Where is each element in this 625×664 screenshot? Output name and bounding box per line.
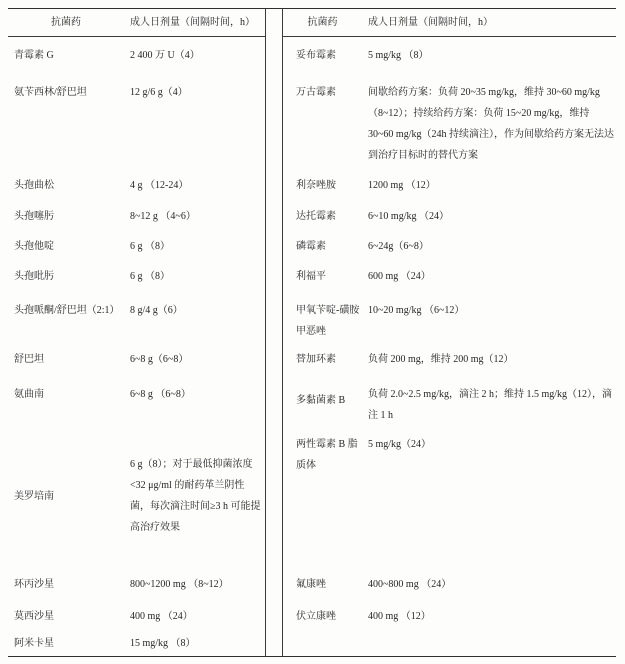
drug-name-cell: 妥布霉素: [283, 37, 366, 73]
drug-name-cell: 利福平: [283, 261, 366, 291]
drug-name: 氨曲南: [14, 384, 44, 405]
drug-name: 达托霉素: [296, 206, 336, 227]
table-middle-divider: [265, 9, 283, 656]
drug-name-cell: 利奈唑胺: [283, 169, 366, 201]
dose-cell: 6~10 mg/kg （24）: [366, 201, 616, 231]
dose-value: 6~10 mg/kg （24）: [368, 206, 449, 227]
drug-name-cell: 氟康唑: [283, 567, 366, 601]
drug-name: 头孢他啶: [14, 236, 54, 257]
drug-name: 青霉素 G: [14, 45, 54, 66]
dose-value: 6 g （8）: [130, 236, 170, 257]
drug-name-cell: 多黏菌素 B: [283, 375, 366, 425]
dose-cell: 6 g （8）: [128, 261, 265, 291]
drug-name: 头孢噻肟: [14, 206, 54, 227]
dose-value: 1200 mg （12）: [368, 175, 436, 196]
dose-cell: 15 mg/kg （8）: [128, 631, 265, 656]
drug-name-cell: 青霉素 G: [8, 37, 128, 73]
dose-value: 6~24g（6~8）: [368, 236, 429, 257]
drug-name-cell: 环丙沙星: [8, 567, 128, 601]
dose-cell: 10~20 mg/kg （6~12）: [366, 291, 616, 343]
dose-cell: 6 g（8）；对于最低抑菌浓度 <32 μg/ml 的耐药革兰阴性菌，每次滴注时…: [128, 425, 265, 567]
header-dose-right-label: 成人日剂量（间隔时间，h）: [368, 12, 493, 33]
dose-cell: 间歇给药方案：负荷 20~35 mg/kg，维持 30~60 mg/kg（8~1…: [366, 73, 616, 169]
dose-value: 400~800 mg （24）: [368, 574, 451, 595]
drug-name: 阿米卡星: [14, 633, 54, 654]
drug-name: 妥布霉素: [296, 45, 336, 66]
drug-name: 磷霉素: [296, 236, 326, 257]
dose-cell: 负荷 2.0~2.5 mg/kg，滴注 2 h；维持 1.5 mg/kg（12）…: [366, 375, 616, 425]
drug-name-cell: 阿米卡星: [8, 631, 128, 656]
drug-name: 伏立康唑: [296, 606, 336, 627]
dose-value: 6~8 g（6~8）: [130, 349, 188, 370]
dose-value: 12 g/6 g（4）: [130, 82, 188, 103]
dose-cell: 400~800 mg （24）: [366, 567, 616, 601]
dose-cell: 8 g/4 g（6）: [128, 291, 265, 343]
header-dose-right: 成人日剂量（间隔时间，h）: [366, 9, 616, 37]
dose-cell: 400 mg （12）: [366, 601, 616, 631]
drug-name-cell: 头孢哌酮/舒巴坦（2:1）: [8, 291, 128, 343]
dose-value: 5 mg/kg（24）: [368, 434, 431, 455]
drug-name-cell: 莫西沙星: [8, 601, 128, 631]
drug-name-cell: 甲氧苄啶-磺胺甲恶唑: [283, 291, 366, 343]
dose-value: 10~20 mg/kg （6~12）: [368, 300, 464, 321]
drug-name: 环丙沙星: [14, 574, 54, 595]
dose-cell: 6 g （8）: [128, 231, 265, 261]
drug-name-cell: 氨苄西林/舒巴坦: [8, 73, 128, 169]
antibiotic-dosage-table: 抗菌药 成人日剂量（间隔时间，h） 抗菌药 成人日剂量（间隔时间，h） 青霉素 …: [8, 8, 616, 657]
dose-value: 15 mg/kg （8）: [130, 633, 196, 654]
dose-cell: 负荷 200 mg，维持 200 mg（12）: [366, 343, 616, 375]
dose-cell: 800~1200 mg （8~12）: [128, 567, 265, 601]
dose-cell: 4 g （12-24）: [128, 169, 265, 201]
dose-value: 6 g （8）: [130, 266, 170, 287]
header-drug-left: 抗菌药: [8, 9, 128, 37]
drug-name-cell: 舒巴坦: [8, 343, 128, 375]
dose-cell: 5 mg/kg（24）: [366, 425, 616, 567]
drug-name-cell: 美罗培南: [8, 425, 128, 567]
dose-cell: 1200 mg （12）: [366, 169, 616, 201]
drug-name-cell: 头孢噻肟: [8, 201, 128, 231]
dose-value: 负荷 2.0~2.5 mg/kg，滴注 2 h；维持 1.5 mg/kg（12）…: [368, 384, 614, 425]
drug-name-cell: 头孢吡肟: [8, 261, 128, 291]
drug-name: 利福平: [296, 266, 326, 287]
dose-cell: 600 mg （24）: [366, 261, 616, 291]
dose-cell: 6~8 g（6~8）: [128, 343, 265, 375]
header-drug-left-label: 抗菌药: [51, 12, 81, 33]
drug-name-cell: 氨曲南: [8, 375, 128, 425]
header-dose-left: 成人日剂量（间隔时间，h）: [128, 9, 265, 37]
dose-value: 800~1200 mg （8~12）: [130, 574, 229, 595]
dose-value: 5 mg/kg （8）: [368, 45, 429, 66]
drug-name-cell: 伏立康唑: [283, 601, 366, 631]
dose-value: 400 mg （24）: [130, 606, 193, 627]
drug-name: 甲氧苄啶-磺胺甲恶唑: [296, 300, 362, 342]
drug-name: 舒巴坦: [14, 349, 44, 370]
drug-name: 氨苄西林/舒巴坦: [14, 82, 87, 103]
dose-value: 间歇给药方案：负荷 20~35 mg/kg，维持 30~60 mg/kg（8~1…: [368, 82, 614, 166]
dose-value: 6~8 g （6~8）: [130, 384, 191, 405]
dose-cell: 5 mg/kg （8）: [366, 37, 616, 73]
dose-value: 8~12 g （4~6）: [130, 206, 196, 227]
drug-name-cell: 磷霉素: [283, 231, 366, 261]
drug-name: 莫西沙星: [14, 606, 54, 627]
dose-cell: 400 mg （24）: [128, 601, 265, 631]
header-dose-left-label: 成人日剂量（间隔时间，h）: [130, 12, 255, 33]
drug-name: 头孢曲松: [14, 175, 54, 196]
header-drug-right-label: 抗菌药: [308, 12, 338, 33]
dose-value: 600 mg （24）: [368, 266, 431, 287]
dose-value: 400 mg （12）: [368, 606, 431, 627]
dose-cell: 6~8 g （6~8）: [128, 375, 265, 425]
drug-name: 美罗培南: [14, 486, 54, 507]
dose-value: 4 g （12-24）: [130, 175, 188, 196]
dose-value: 8 g/4 g（6）: [130, 300, 183, 321]
dose-cell: 6~24g（6~8）: [366, 231, 616, 261]
dose-cell: 12 g/6 g（4）: [128, 73, 265, 169]
drug-name: 氟康唑: [296, 574, 326, 595]
drug-name-cell: 达托霉素: [283, 201, 366, 231]
dose-value: 负荷 200 mg，维持 200 mg（12）: [368, 349, 514, 370]
dose-cell: 8~12 g （4~6）: [128, 201, 265, 231]
drug-name-cell: 头孢他啶: [8, 231, 128, 261]
drug-name: 万古霉素: [296, 82, 336, 103]
drug-name: 多黏菌素 B: [296, 390, 345, 411]
drug-name: 替加环素: [296, 349, 336, 370]
drug-name-cell: 替加环素: [283, 343, 366, 375]
drug-name: 头孢吡肟: [14, 266, 54, 287]
drug-name-cell: 两性霉素 B 脂质体: [283, 425, 366, 567]
dose-cell: 2 400 万 U（4）: [128, 37, 265, 73]
drug-name: 头孢哌酮/舒巴坦（2:1）: [14, 300, 120, 321]
drug-name-cell: 万古霉素: [283, 73, 366, 169]
dose-value: 2 400 万 U（4）: [130, 45, 200, 66]
header-drug-right: 抗菌药: [283, 9, 366, 37]
drug-name: 两性霉素 B 脂质体: [296, 434, 362, 476]
drug-name-cell: 头孢曲松: [8, 169, 128, 201]
dose-value: 6 g（8）；对于最低抑菌浓度 <32 μg/ml 的耐药革兰阴性菌，每次滴注时…: [130, 454, 261, 538]
drug-name: 利奈唑胺: [296, 175, 336, 196]
